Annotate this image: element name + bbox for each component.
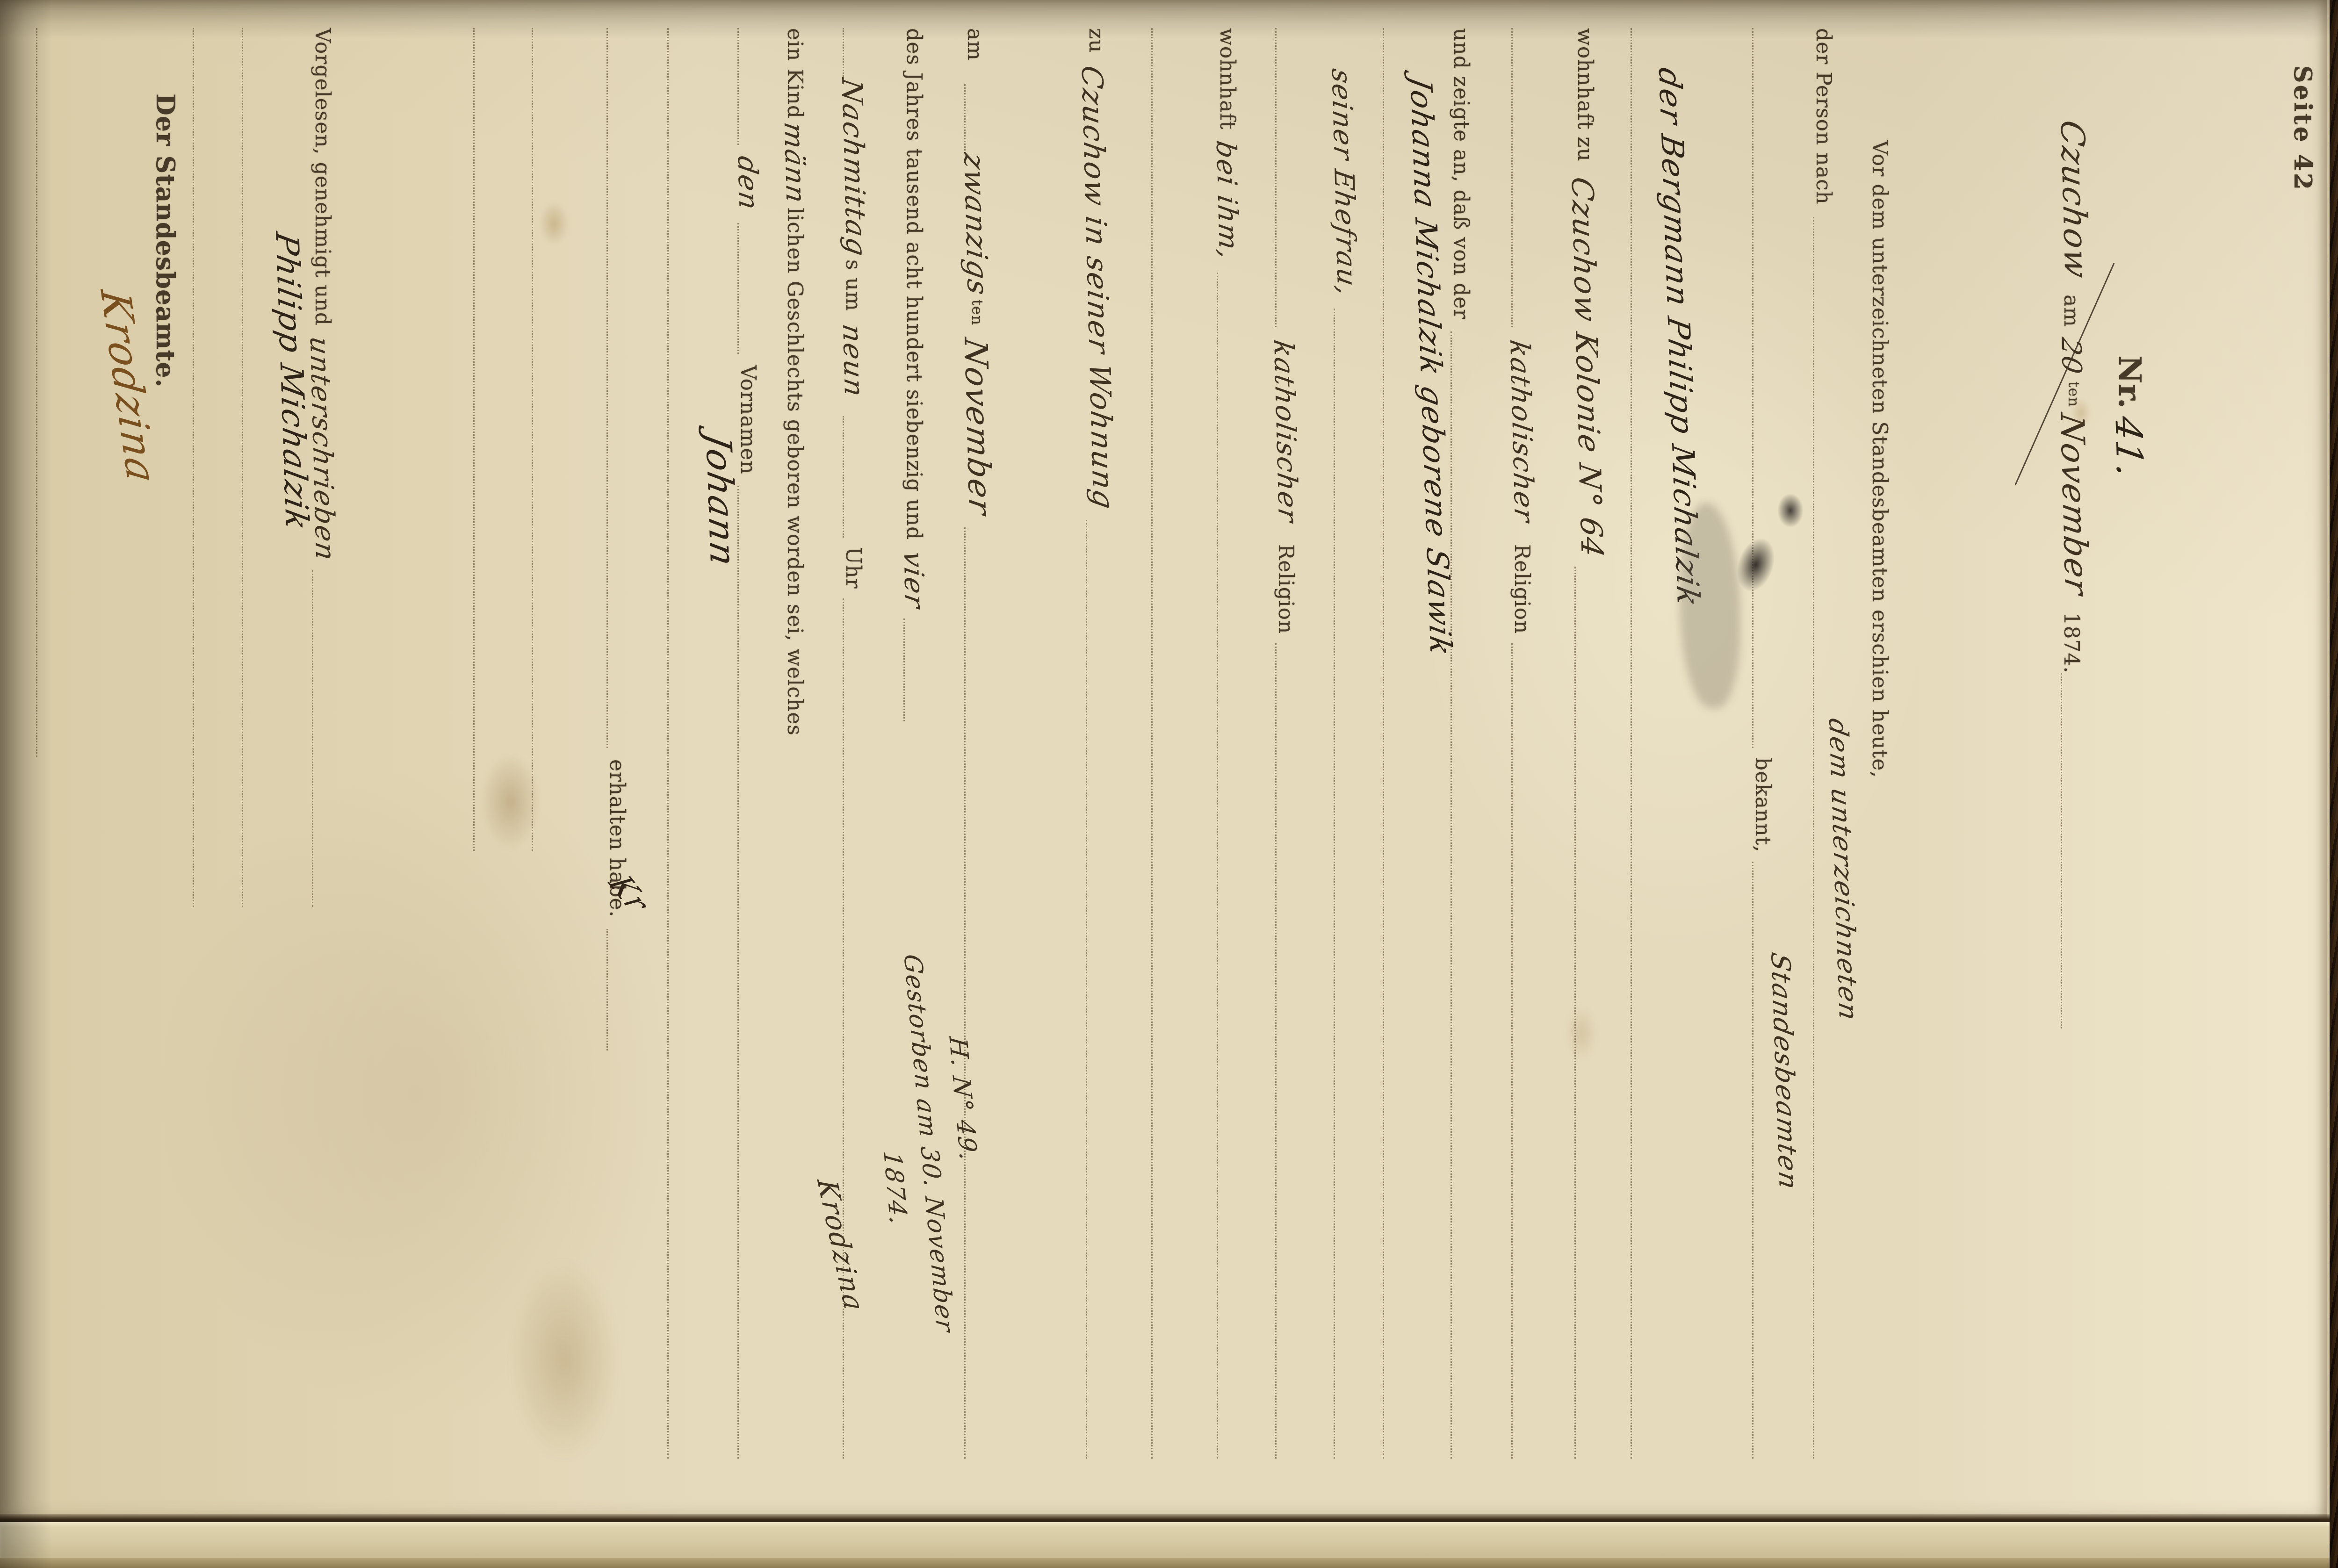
zu-handwritten: Czuchow in seiner Wohnung <box>1077 64 1118 511</box>
paper-stain <box>2071 397 2091 428</box>
dotted-rule <box>737 223 743 354</box>
record-number-label: Nr. <box>2114 355 2145 409</box>
ink-blot <box>1777 493 1804 528</box>
am-label: am <box>2061 295 2081 327</box>
paper-stain <box>480 753 541 851</box>
standesbeamte-label: Der Standesbeamte. <box>153 94 178 388</box>
gender-handwritten: männ <box>780 121 809 206</box>
dotted-rule <box>1511 28 1517 327</box>
wife-line: Johanna Michalzik geborene Slawik <box>1383 28 1439 1459</box>
empty-ruled-line <box>473 28 520 851</box>
identity-handwritten-2: Standesbeamten <box>1767 950 1801 1192</box>
hour-handwritten: neun <box>839 323 868 399</box>
birth-day-handwritten: zwanzigs <box>960 151 992 298</box>
bei-ihm-handwritten: bei ihm, <box>1212 139 1243 262</box>
erhalten-line: erhalten habe. <box>606 28 653 1459</box>
dotted-rule <box>1217 273 1222 1459</box>
dotted-rule <box>1813 217 1818 1459</box>
declarant-line: der Bergmann Philipp Michalzik <box>1631 28 1687 1459</box>
wohnhaft-zu-handwritten: Czuchow Kolonie N° 64 <box>1566 175 1606 560</box>
dotted-rule <box>1334 309 1339 1459</box>
scanned-register-photo: Seite 42 Nr. 41. Czuchow am 20 ten Novem… <box>0 0 2338 1568</box>
register-page: Seite 42 Nr. 41. Czuchow am 20 ten Novem… <box>0 0 2331 1519</box>
vorgelesen-text: Vorgelesen, genehmigt und <box>312 28 332 326</box>
empty-ruled-line <box>1151 28 1198 1459</box>
child-name-handwritten: Johann <box>700 431 741 569</box>
underlying-page-edge <box>0 1522 2333 1559</box>
vorgelesen-line: Vorgelesen, genehmigt und unterschrieben <box>312 28 359 907</box>
ink-smear <box>1680 503 1740 708</box>
person-nach-line: der Person nach dem unterzeichneten <box>1813 28 1860 1459</box>
dotted-rule <box>473 28 479 851</box>
wife-handwritten: Johanna Michalzik geborene Slawik <box>1406 75 1456 658</box>
record-number-value: 41. <box>2109 414 2147 481</box>
bekannt-text: bekannt, <box>1752 757 1773 852</box>
s-um-label: s um <box>843 259 863 311</box>
dotted-rule <box>606 929 612 1050</box>
empty-ruled-line <box>36 28 83 757</box>
underlying-page-edge-dark <box>0 1558 2333 1568</box>
dotted-rule <box>1275 28 1281 327</box>
paper-stain <box>508 1258 621 1463</box>
dotted-rule <box>242 28 247 907</box>
declarant-signature-line: Philipp Michalzik <box>242 28 298 907</box>
zeigte-an-line: und zeigte an, daß von der <box>1450 28 1497 1459</box>
dotted-rule <box>1631 28 1636 1459</box>
dotted-rule <box>312 570 318 907</box>
dotted-rule <box>606 28 612 748</box>
record-number: Nr. 41. <box>2113 355 2150 478</box>
ein-kind-label: ein Kind <box>784 28 805 119</box>
paper-stain <box>1565 1005 1598 1061</box>
empty-ruled-line <box>193 28 239 907</box>
dotted-rule <box>843 598 848 1459</box>
wohnhaft-label: wohnhaft <box>1217 28 1237 129</box>
dotted-rule <box>2061 673 2066 1029</box>
dotted-rule <box>1752 28 1758 748</box>
declarant-signature: Philipp Michalzik <box>270 230 312 533</box>
zu-label: zu <box>1086 28 1106 53</box>
year-words-handwritten: vier <box>900 550 928 611</box>
wohnhaft-zu-line: wohnhaft zu Czuchow Kolonie N° 64 <box>1574 28 1621 1459</box>
empty-ruled-line <box>532 28 578 851</box>
date-line: Czuchow am 20 ten November 1874. <box>2061 28 2107 1029</box>
bekannt-line: bekannt, Standesbeamten <box>1752 28 1799 1459</box>
child-name-line: Johann <box>667 28 728 1459</box>
daytime-handwritten: Nachmittag <box>837 77 870 259</box>
dotted-rule <box>1086 520 1091 1459</box>
intro-line: Vor dem unterzeichneten Standesbeamten e… <box>1869 28 1916 1459</box>
person-nach-text: der Person nach <box>1813 28 1833 205</box>
paper-stain <box>539 201 569 246</box>
book-gutter <box>2330 0 2338 1568</box>
dotted-rule <box>532 28 537 851</box>
page-number-header: Seite 42 <box>2288 65 2317 192</box>
dotted-rule <box>1752 862 1758 1459</box>
zu-wohnung-line: zu Czuchow in seiner Wohnung <box>1086 28 1133 1459</box>
ehefrau-line: seiner Ehefrau, <box>1334 28 1380 1459</box>
dotted-rule <box>843 416 848 538</box>
dotted-rule <box>1511 643 1517 1459</box>
vornamen-line: den Vornamen <box>737 28 784 1459</box>
ehefrau-handwritten: seiner Ehefrau, <box>1328 67 1361 299</box>
wohnhaft-bei-ihm-line: wohnhaft bei ihm, <box>1217 28 1263 1459</box>
standesbeamte-line: Der Standesbeamte. <box>153 28 200 1459</box>
religion2-line: katholischer Religion <box>1275 28 1322 1459</box>
religion1-handwritten: katholischer <box>1506 338 1538 525</box>
dotted-rule <box>964 84 970 154</box>
year-printed: 1874. <box>2061 612 2081 674</box>
dotted-rule <box>903 619 909 721</box>
dotted-rule <box>1383 28 1388 1459</box>
birth-month-handwritten: November <box>959 336 996 518</box>
geschlecht-text: lichen Geschlechts geboren worden sei, w… <box>784 208 805 736</box>
religion1-label: Religion <box>1511 544 1532 634</box>
dotted-rule <box>1151 28 1157 1459</box>
ten2-suffix: ten <box>970 300 985 325</box>
identity-handwritten-1: dem unterzeichneten <box>1825 717 1861 1023</box>
dotted-rule <box>737 486 743 1459</box>
wohnhaft-zu-label: wohnhaft zu <box>1574 28 1595 162</box>
day-handwritten: 20 <box>2057 336 2085 376</box>
vornamen-label: Vornamen <box>737 365 758 475</box>
dotted-rule <box>667 28 673 1459</box>
place-handwritten: Czuchow <box>2056 118 2093 281</box>
article-handwritten: den <box>734 154 763 212</box>
religion2-handwritten: katholischer <box>1270 338 1302 525</box>
am2-label: am <box>964 28 985 61</box>
intro-text: Vor dem unterzeichneten Standesbeamten e… <box>1869 140 1890 778</box>
religion2-label: Religion <box>1275 544 1296 634</box>
religion1-line: katholischer Religion <box>1511 28 1558 1459</box>
month-handwritten: November <box>2056 411 2093 598</box>
zeigte-an-text: und zeigte an, daß von der <box>1450 28 1471 319</box>
page-bottom-seam <box>0 1514 2333 1523</box>
year-words-text: des Jahres tausend acht hundert siebenzi… <box>903 28 924 540</box>
dotted-rule <box>36 28 42 757</box>
dotted-rule <box>843 28 848 79</box>
dotted-rule <box>1275 643 1281 1459</box>
uhr-label: Uhr <box>843 547 863 589</box>
dotted-rule <box>737 28 743 145</box>
